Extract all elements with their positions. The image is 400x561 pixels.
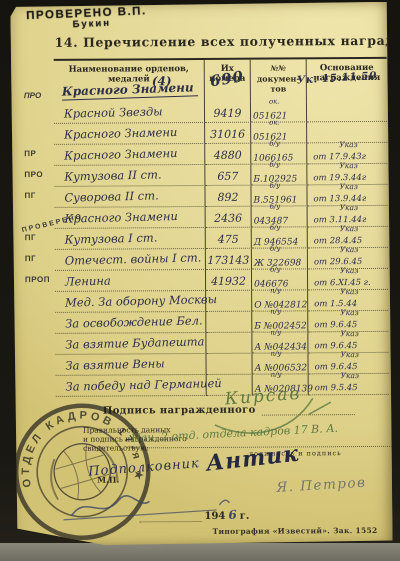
table-surface-background — [0, 543, 400, 561]
award-name: Кутузова I ст. — [54, 230, 157, 246]
table-row: Красного Знамени 31016 ок. 051621 — [54, 122, 387, 145]
doc-type: б/у — [269, 140, 280, 148]
doc-type: б/у — [270, 266, 281, 274]
cell-award-number — [206, 291, 252, 312]
cell-award-number — [206, 312, 252, 333]
award-number: 2436 — [214, 212, 242, 225]
cell-award-name: Ленина — [55, 270, 206, 292]
photo-of-award-record: ПРОВЕРЕНО В.П. Букин 14. Перечисление вс… — [0, 0, 400, 561]
cell-award-number: 31016 — [205, 123, 251, 144]
doc-type: п/у — [270, 350, 281, 358]
cell-award-name: Мед. За оборону Москвы — [55, 291, 206, 313]
awards-table-header: Наименование орденов, медалей Их номера … — [54, 59, 387, 103]
award-number: 41932 — [211, 275, 246, 288]
award-name: За взятие Вены — [55, 356, 165, 373]
award-record-sheet: ПРОВЕРЕНО В.П. Букин 14. Перечисление вс… — [10, 2, 392, 547]
award-name: Отечест. войны I ст. — [55, 250, 202, 267]
year-printed-prefix: 194 — [204, 511, 225, 522]
doc-type: б/у — [269, 161, 280, 169]
basis-word: Указ — [340, 287, 359, 296]
award-name: Кутузова II ст. — [54, 167, 162, 184]
basis-word: Указ — [340, 308, 359, 317]
awards-table: Наименование орденов, медалей Их номера … — [54, 57, 389, 397]
cell-award-number: 4880 — [205, 144, 251, 165]
award-name: За взятие Будапешта — [55, 334, 204, 352]
doc-type: б/у — [269, 182, 280, 190]
doc-type: ок. — [269, 98, 280, 106]
awards-rows: Красной Звезды 9419 ок. 051621 — [54, 101, 389, 397]
table-row: За взятие Вены п/у А №006532 Указ от 9.6… — [55, 353, 388, 376]
doc-type: б/у — [270, 224, 281, 232]
cell-award-name: Красного Знамени — [54, 123, 205, 145]
cell-award-number: 41932 — [206, 270, 252, 291]
award-name: Красной Звезды — [54, 104, 163, 121]
table-row: ПГ Суворова II ст. 892 б/у В.551961 Указ… — [54, 185, 387, 208]
table-row: ПР Красного Знамени 4880 б/у 1066165 Ука… — [54, 143, 387, 166]
cell-award-number: 657 — [205, 165, 251, 186]
basis-word: Указ — [340, 245, 359, 254]
margin-check-stamp: ПГ — [25, 233, 57, 242]
award-name: Суворова II ст. — [54, 188, 159, 204]
checked-stamp-line2: Букин — [72, 16, 147, 30]
award-number: 9419 — [213, 107, 241, 120]
cell-award-name: Суворова II ст. — [54, 186, 205, 208]
basis-word: Указ — [339, 182, 358, 191]
printing-house-imprint: Типография «Известий». Зак. 1552 — [213, 526, 378, 536]
award-number: 31016 — [210, 128, 245, 141]
cell-award-name: Отечест. войны I ст. — [55, 249, 206, 271]
checked-ink-stamp: ПРОВЕРЕНО В.П. Букин — [26, 5, 147, 32]
table-row: ПРОВЕРЕНО Красного Знамени 2436 б/у 0434… — [55, 206, 388, 229]
award-number: 892 — [217, 191, 238, 204]
header-doc-number-line2: докумен- — [257, 73, 300, 83]
award-name: За освобождение Бел. — [55, 313, 203, 330]
cell-award-number: 173143 — [206, 249, 252, 270]
margin-check-stamp: ПРО — [24, 91, 41, 100]
margin-check-stamp: ПГ — [25, 254, 57, 263]
table-row: За взятие Будапешта п/у А №042434 Указ о… — [55, 332, 388, 355]
cell-award-name: За взятие Вены — [55, 354, 206, 376]
basis-word: Указ — [339, 161, 358, 170]
table-row: ПГ Кутузова I ст. 475 б/у Д 946554 Указ … — [55, 227, 388, 250]
margin-check-stamp: ПРОП — [25, 275, 57, 284]
award-name: Мед. За оборону Москвы — [55, 292, 217, 310]
table-row: Мед. За оборону Москвы п/у О №042812 Ука… — [55, 290, 388, 313]
award-name: Красного Знамени — [54, 146, 178, 163]
cell-award-name: Красного Знамени — [54, 144, 205, 166]
table-row: За освобождение Бел. п/у Б №002452 Указ … — [55, 311, 388, 334]
basis-word: Указ — [340, 329, 359, 338]
cell-award-number — [206, 354, 252, 375]
year-dotted-leader — [139, 511, 201, 522]
table-row: ПРО Кутузова II ст. 657 б/у Б.102925 Ука… — [54, 164, 387, 187]
award-number: 475 — [218, 233, 239, 246]
cell-award-name: Кутузова I ст. — [55, 228, 206, 250]
award-number: 173143 — [207, 254, 249, 267]
year-handwritten-digit: 6 — [228, 508, 237, 523]
basis-word: Указ — [340, 203, 359, 212]
basis-word: Указ — [340, 266, 359, 275]
cell-award-name: Кутузова II ст. — [54, 165, 205, 187]
basis-word: Указ — [340, 350, 359, 359]
award-name: Ленина — [55, 274, 111, 289]
margin-check-stamp: ПРО — [24, 170, 56, 179]
cell-award-number: 475 — [206, 228, 252, 249]
year-row: 194 6 г. — [139, 508, 249, 523]
doc-type: п/у — [270, 329, 281, 337]
header-doc-number-line3: тов — [270, 83, 286, 93]
doc-type: п/у — [270, 287, 281, 295]
doc-type: п/у — [271, 371, 282, 379]
doc-type: б/у — [270, 203, 281, 211]
cell-award-number: 9419 — [205, 102, 251, 123]
basis-word: Указ — [341, 371, 360, 380]
table-row: ПРОП Ленина 41932 б/у 046676 Указ от 6.X… — [55, 269, 388, 292]
basis-word: Указ — [339, 140, 358, 149]
table-row: Красной Звезды 9419 ок. 051621 — [54, 101, 387, 124]
cell-award-name: За освобождение Бел. — [55, 312, 206, 334]
doc-type: б/у — [270, 245, 281, 253]
award-number: 4880 — [214, 149, 242, 162]
award-name: За победу над Германией — [55, 376, 221, 394]
table-row: ПГ Отечест. войны I ст. 173143 б/у Ж 322… — [55, 248, 388, 271]
basis-date: от 9.5.45 — [315, 383, 358, 393]
cell-award-number — [206, 333, 252, 354]
header-doc-number-line1: №№ — [251, 63, 306, 73]
cell-award-name: За взятие Будапешта — [55, 333, 206, 355]
cell-award-number: 2436 — [206, 207, 252, 228]
certifier-signature-pencil: Я. Петров — [276, 475, 367, 496]
award-number: 657 — [217, 170, 238, 183]
margin-check-stamp: ПГ — [24, 191, 56, 200]
doc-type: п/у — [270, 308, 281, 316]
cell-basis: Указ от 9.5.45 — [309, 374, 389, 395]
first-entry-count: (4) — [152, 74, 172, 88]
award-name: Красного Знамени — [54, 125, 178, 142]
doc-type: ок. — [269, 119, 280, 127]
basis-word: Указ — [340, 224, 359, 233]
cell-basis — [307, 101, 387, 122]
cell-award-name: Красной Звезды — [54, 102, 205, 124]
year-suffix: г. — [240, 511, 250, 522]
section-title: 14. Перечисление всех полученных наград — [55, 33, 375, 50]
cell-award-number: 892 — [205, 186, 251, 207]
margin-check-stamp: ПР — [24, 149, 56, 158]
